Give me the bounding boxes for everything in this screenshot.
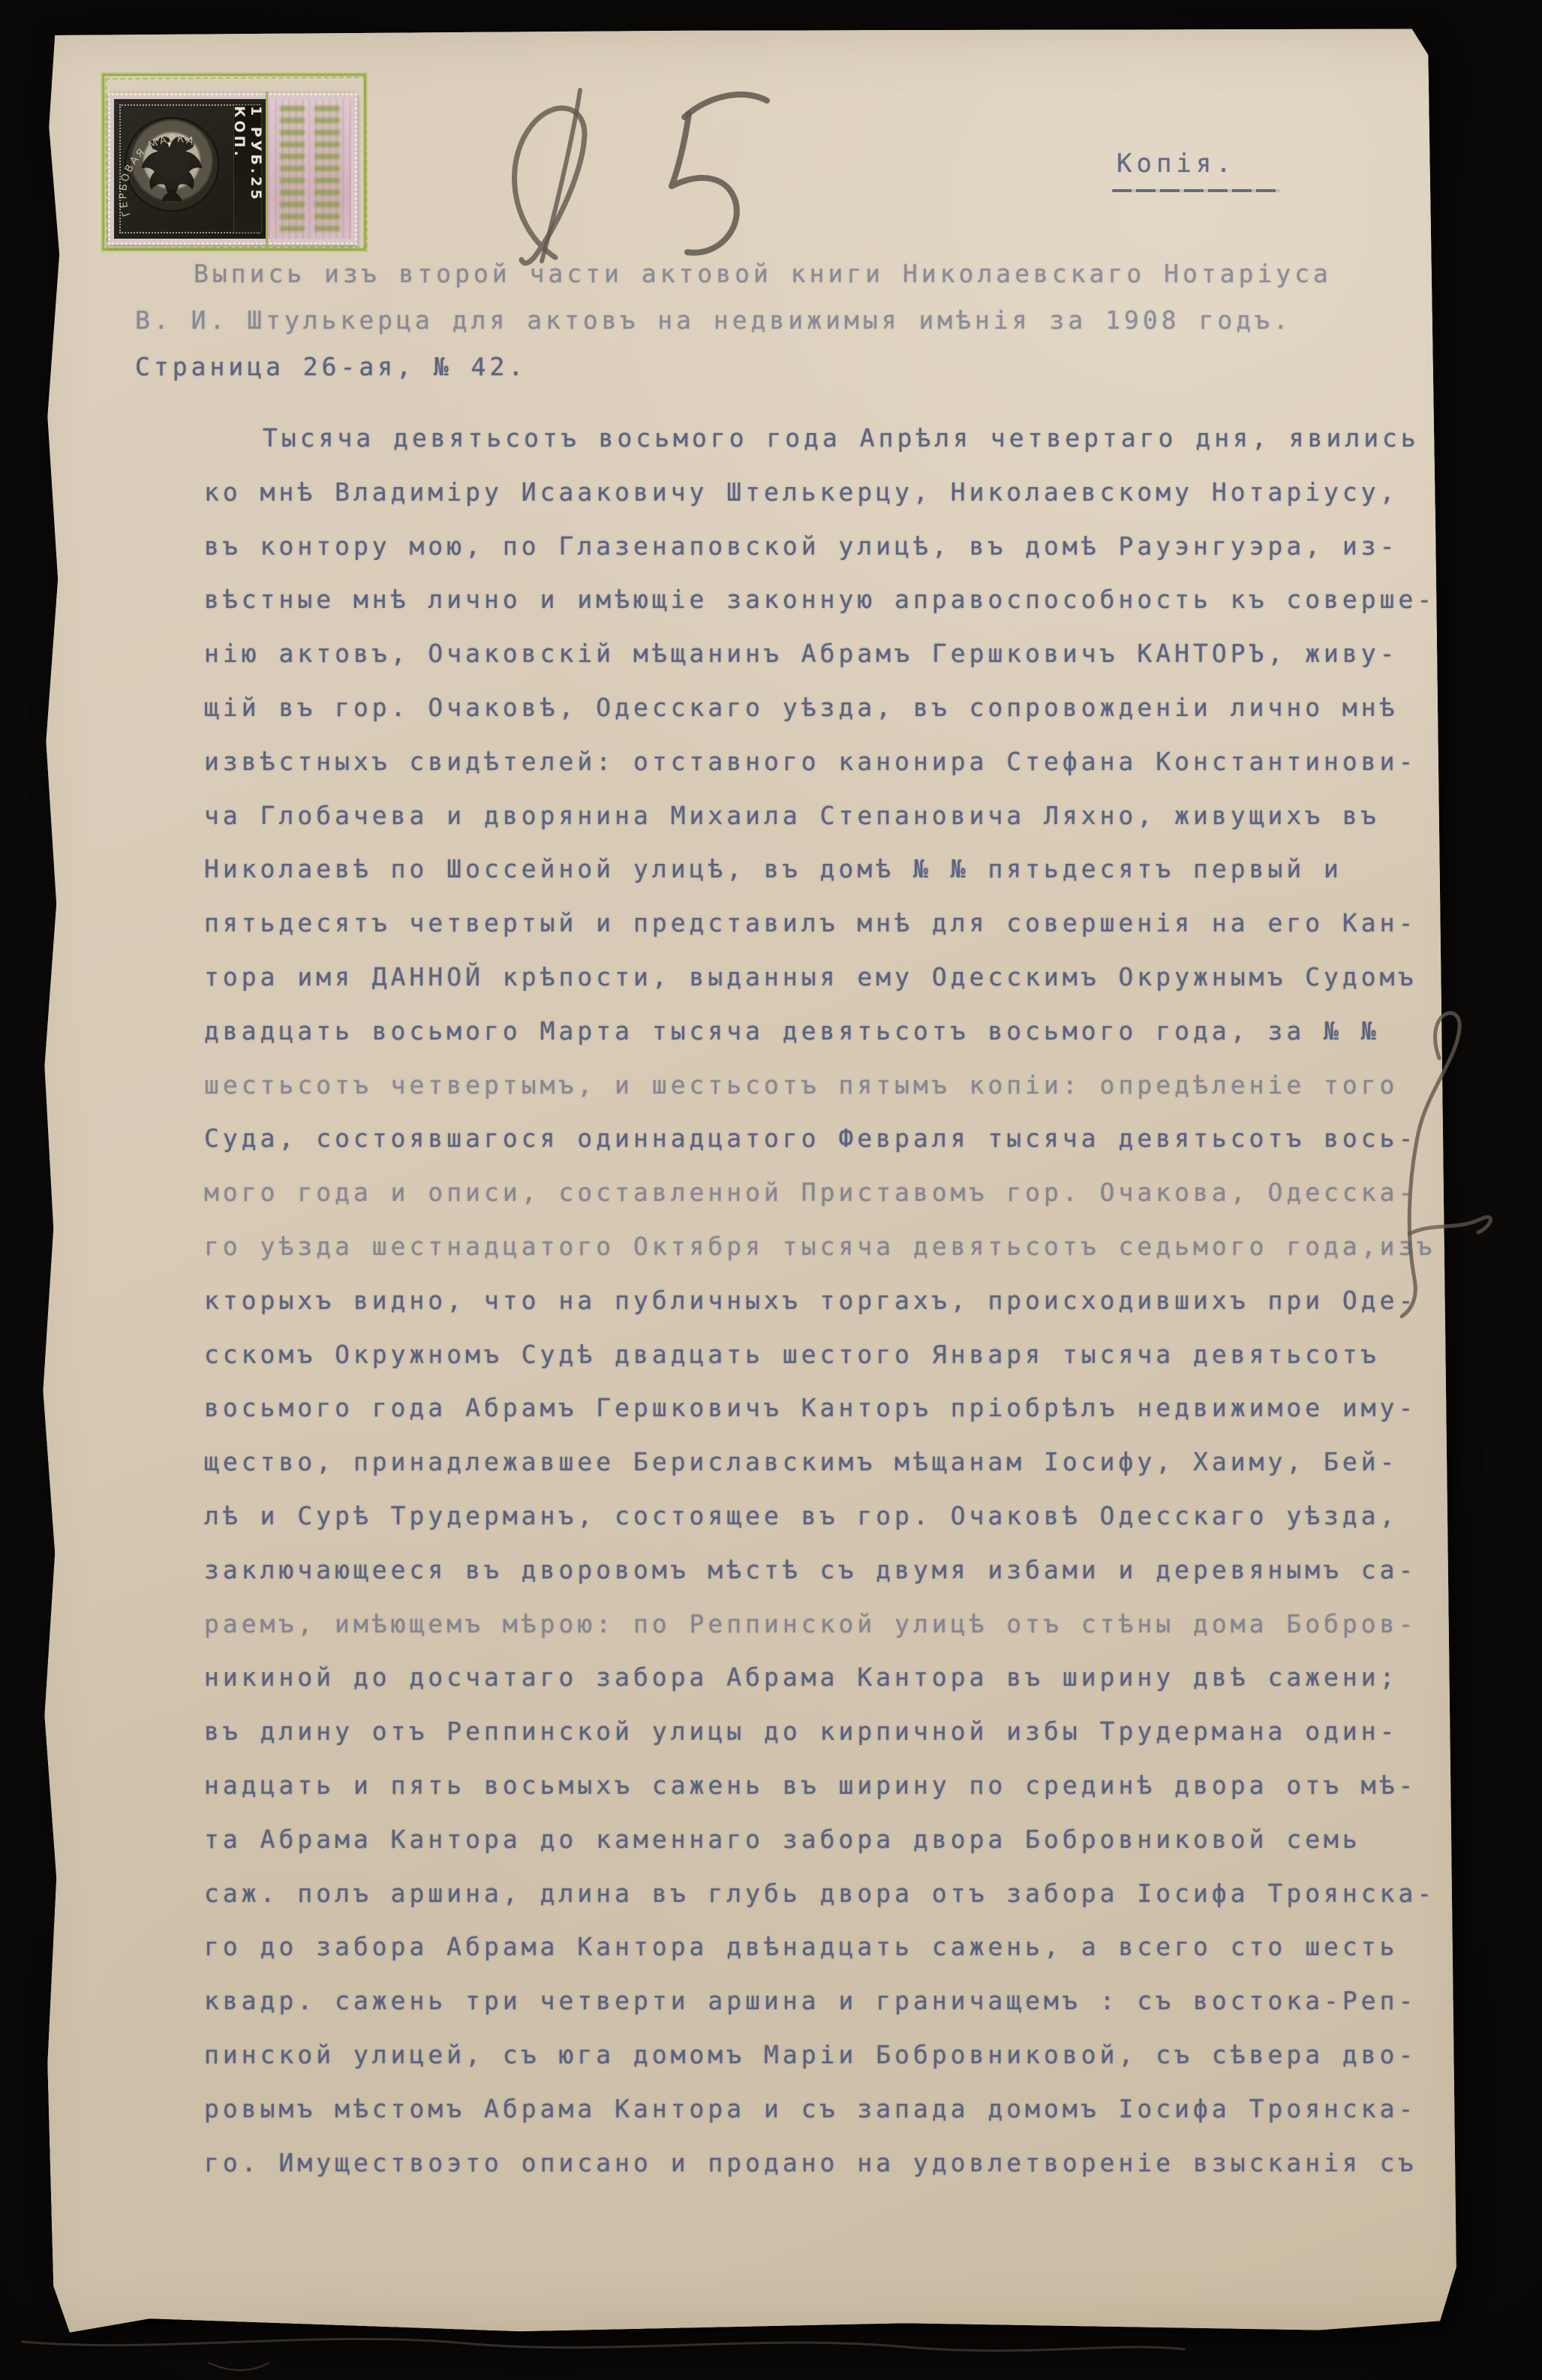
typed-line: надцать и пять восьмыхъ сажень въ ширину… <box>204 1759 1435 1813</box>
stamp-pink-panel <box>268 99 351 239</box>
typed-line: Страница 26-ая, № 42. <box>135 344 1332 390</box>
stamp-perforated-paper: ГЕРБОВАЯ МАРКА 1 РУБ.25 КОП. <box>108 93 357 245</box>
stamp-green-divider <box>266 92 268 246</box>
typed-line: заключающееся въ дворовомъ мѣстѣ съ двум… <box>204 1543 1435 1597</box>
typed-line: саж. полъ аршина, длина въ глубь двора о… <box>204 1867 1435 1921</box>
typed-line: кторыхъ видно, что на публичныхъ торгахъ… <box>204 1274 1435 1328</box>
typed-line: въ контору мою, по Глазенаповской улицѣ,… <box>204 519 1435 573</box>
typed-line: восьмого года Абрамъ Гершковичъ Канторъ … <box>204 1381 1435 1435</box>
typed-line: та Абрама Кантора до каменнаго забора дв… <box>204 1813 1435 1867</box>
typed-line: тора имя ДАННОЙ крѣпости, выданныя ему О… <box>204 950 1435 1004</box>
typed-line: щество, принадлежавшее Бериславскимъ мѣщ… <box>204 1435 1435 1489</box>
typed-line: двадцать восьмого Марта тысяча девятьсот… <box>204 1004 1435 1058</box>
typed-line: В. И. Штулькерца для актовъ на недвижимы… <box>135 297 1332 344</box>
copy-label-underline <box>1112 189 1280 192</box>
typed-line: Николаевѣ по Шоссейной улицѣ, въ домѣ № … <box>204 842 1435 896</box>
typed-body-block: Тысяча девятьсотъ восьмого года Апрѣля ч… <box>204 411 1435 2189</box>
scan-canvas: ГЕРБОВАЯ МАРКА 1 РУБ.25 КОП. Копі <box>0 0 1542 2380</box>
typed-line: нію актовъ, Очаковскій мѣщанинъ Абрамъ Г… <box>204 627 1435 681</box>
typed-line: пинской улицей, съ юга домомъ Маріи Бобр… <box>204 2028 1435 2082</box>
stamp-arc-text: ГЕРБОВАЯ МАРКА <box>117 133 197 218</box>
typed-line: го уѣзда шестнадцатого Октября тысяча де… <box>204 1220 1435 1274</box>
typed-line: Выпись изъ второй части актовой книги Ни… <box>135 251 1332 297</box>
typed-line: сскомъ Окружномъ Судѣ двадцать шестого Я… <box>204 1328 1435 1382</box>
typed-line: въ длину отъ Реппинской улицы до кирпичн… <box>204 1705 1435 1759</box>
stamp-value-band: 1 РУБ.25 КОП. <box>233 105 262 233</box>
copy-label: Копія. <box>1117 149 1236 179</box>
typed-line: раемъ, имѣющемъ мѣрою: по Реппинской ули… <box>204 1597 1435 1651</box>
stamp-arc-label: ГЕРБОВАЯ МАРКА <box>111 101 239 236</box>
typed-line: щій въ гор. Очаковѣ, Одесскаго уѣзда, въ… <box>204 681 1435 735</box>
typed-line: шестьсотъ четвертымъ, и шестьсотъ пятымъ… <box>204 1058 1435 1112</box>
typed-line: извѣстныхъ свидѣтелей: отставного канони… <box>204 735 1435 789</box>
typed-line: вѣстные мнѣ лично и имѣющіе законную апр… <box>204 573 1435 627</box>
typed-line: го до забора Абрама Кантора двѣнадцать с… <box>204 1920 1435 1974</box>
typed-line: никиной до досчатаго забора Абрама Канто… <box>204 1650 1435 1705</box>
typed-line: го. Имуществоэто описано и продано на уд… <box>204 2136 1435 2190</box>
typed-line: Суда, состоявшагося одиннадцатого Феврал… <box>204 1112 1435 1166</box>
typed-header-block: Выпись изъ второй части актовой книги Ни… <box>135 251 1332 390</box>
revenue-stamp: ГЕРБОВАЯ МАРКА 1 РУБ.25 КОП. <box>102 74 366 251</box>
typed-line: пятьдесятъ четвертый и представилъ мнѣ д… <box>204 896 1435 950</box>
typed-line: лѣ и Сурѣ Трудерманъ, состоящее въ гор. … <box>204 1489 1435 1543</box>
stamp-green-overprint-col2 <box>314 106 339 232</box>
typed-line: квадр. сажень три четверти аршина и гран… <box>204 1974 1435 2028</box>
stamp-black-panel: ГЕРБОВАЯ МАРКА 1 РУБ.25 КОП. <box>114 99 266 239</box>
typed-line: ча Глобачева и дворянина Михаила Степано… <box>204 789 1435 843</box>
typed-line: мого года и описи, составленной Приставо… <box>204 1166 1435 1220</box>
typed-line: ко мнѣ Владиміру Исааковичу Штелькерцу, … <box>204 465 1435 519</box>
svg-text:ГЕРБОВАЯ МАРКА: ГЕРБОВАЯ МАРКА <box>117 133 197 218</box>
typed-line: Тысяча девятьсотъ восьмого года Апрѣля ч… <box>204 411 1435 465</box>
typed-line: ровымъ мѣстомъ Абрама Кантора и съ запад… <box>204 2082 1435 2136</box>
stamp-green-overprint-col1 <box>280 106 305 232</box>
